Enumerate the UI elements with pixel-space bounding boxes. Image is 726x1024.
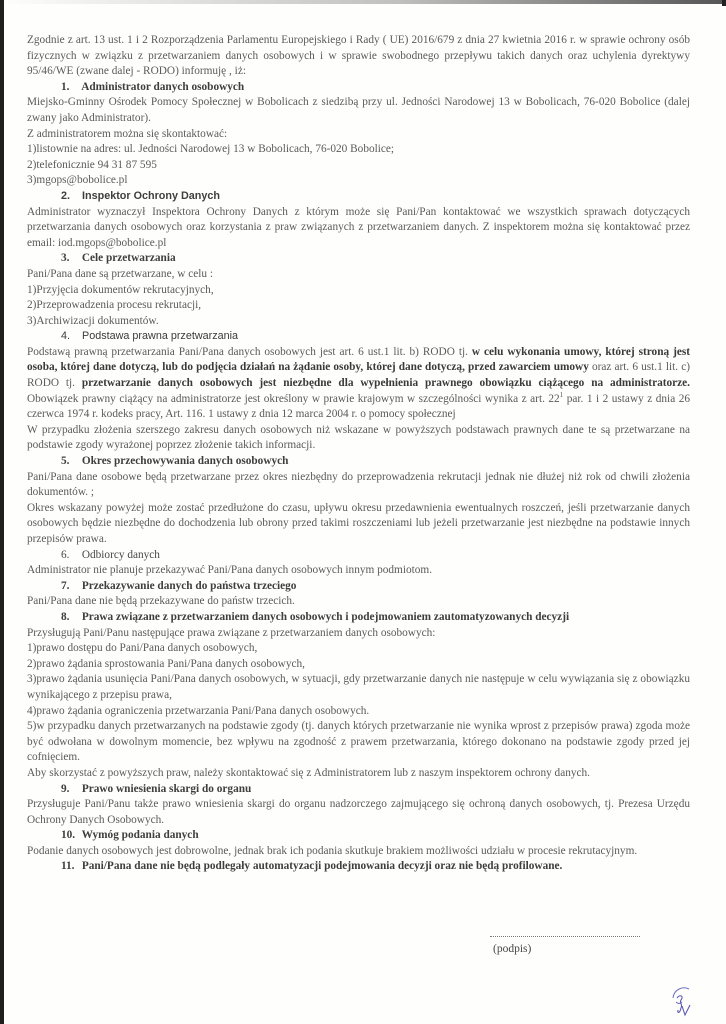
admin-contact-intro: Z administratorem można się skontaktować… — [27, 127, 690, 143]
signature-block: (podpis) — [490, 936, 640, 955]
retention-paragraph: Pani/Pana dane osobowe będą przetwarzane… — [27, 470, 690, 501]
admin-contact-post: 1)listownie na adres: ul. Jedności Narod… — [27, 142, 690, 158]
requirement-paragraph: Podanie danych osobowych jest dobrowolne… — [27, 844, 690, 860]
admin-contact-phone: 2)telefonicznie 94 31 87 595 — [27, 158, 690, 174]
rights-contact-paragraph: Aby skorzystać z powyższych praw, należy… — [27, 766, 690, 782]
section-6-heading: 6. Odbiorcy danych — [27, 548, 690, 564]
handwritten-paraph-icon — [668, 984, 696, 1020]
admin-description: Miejsko-Gminny Ośrodek Pomocy Społecznej… — [27, 95, 690, 126]
scan-edge-corner — [722, 0, 726, 6]
section-9-heading: 9. Prawo wniesienia skargi do organu — [27, 782, 690, 798]
signature-label: (podpis) — [493, 943, 640, 955]
recipients-paragraph: Administrator nie planuje przekazywać Pa… — [27, 563, 690, 579]
section-8-heading: 8. Prawa związane z przetwarzaniem danyc… — [27, 610, 690, 626]
section-1-heading: 1. Administrator danych osobowych — [27, 80, 690, 96]
scan-edge-left — [0, 0, 4, 1024]
legal-basis-paragraph: Podstawą prawną przetwarzania Pani/Pana … — [27, 345, 690, 423]
third-country-paragraph: Pani/Pana dane nie będą przekazywane do … — [27, 594, 690, 610]
section-5-heading: 5. Okres przechowywania danych osobowych — [27, 454, 690, 470]
right-item-5: 5)w przypadku danych przetwarzanych na p… — [27, 719, 690, 766]
document-page: Zgodnie z art. 13 ust. 1 i 2 Rozporządze… — [27, 33, 690, 875]
section-10-heading: 10. Wymóg podania danych — [27, 828, 690, 844]
right-item-2: 2)prawo żądania sprostowania Pani/Pana d… — [27, 657, 690, 673]
purpose-item-2: 2)Przeprowadzenia procesu rekrutacji, — [27, 298, 690, 314]
iod-paragraph: Administrator wyznaczył Inspektora Ochro… — [27, 205, 690, 252]
rights-intro: Przysługują Pani/Panu następujące prawa … — [27, 626, 690, 642]
purpose-item-3: 3)Archiwizacji dokumentów. — [27, 314, 690, 330]
right-item-4: 4)prawo żądania ograniczenia przetwarzan… — [27, 704, 690, 720]
purpose-item-1: 1)Przyjęcia dokumentów rekrutacyjnych, — [27, 283, 690, 299]
right-item-3: 3)prawo żądania usunięcia Pani/Pana dany… — [27, 672, 690, 703]
admin-contact-email: 3)mgops@bobolice.pl — [27, 173, 690, 189]
consent-paragraph: W przypadku złożenia szerszego zakresu d… — [27, 423, 690, 454]
section-3-heading: 3. Cele przetwarzania — [27, 251, 690, 267]
section-2-heading: 2. Inspektor Ochrony Danych — [27, 189, 690, 205]
intro-paragraph: Zgodnie z art. 13 ust. 1 i 2 Rozporządze… — [27, 33, 690, 80]
right-item-1: 1)prawo dostępu do Pani/Pana danych osob… — [27, 641, 690, 657]
purpose-intro: Pani/Pana dane są przetwarzane, w celu : — [27, 267, 690, 283]
scan-edge-top — [0, 0, 726, 4]
retention-extension-paragraph: Okres wskazany powyżej może zostać przed… — [27, 501, 690, 548]
section-4-heading: 4. Podstawa prawna przetwarzania — [27, 329, 690, 345]
section-7-heading: 7. Przekazywanie danych do państwa trzec… — [27, 579, 690, 595]
signature-line — [490, 936, 640, 937]
section-11-heading: 11. Pani/Pana dane nie będą podlegały au… — [27, 859, 690, 875]
complaint-paragraph: Przysługuje Pani/Panu także prawo wniesi… — [27, 797, 690, 828]
